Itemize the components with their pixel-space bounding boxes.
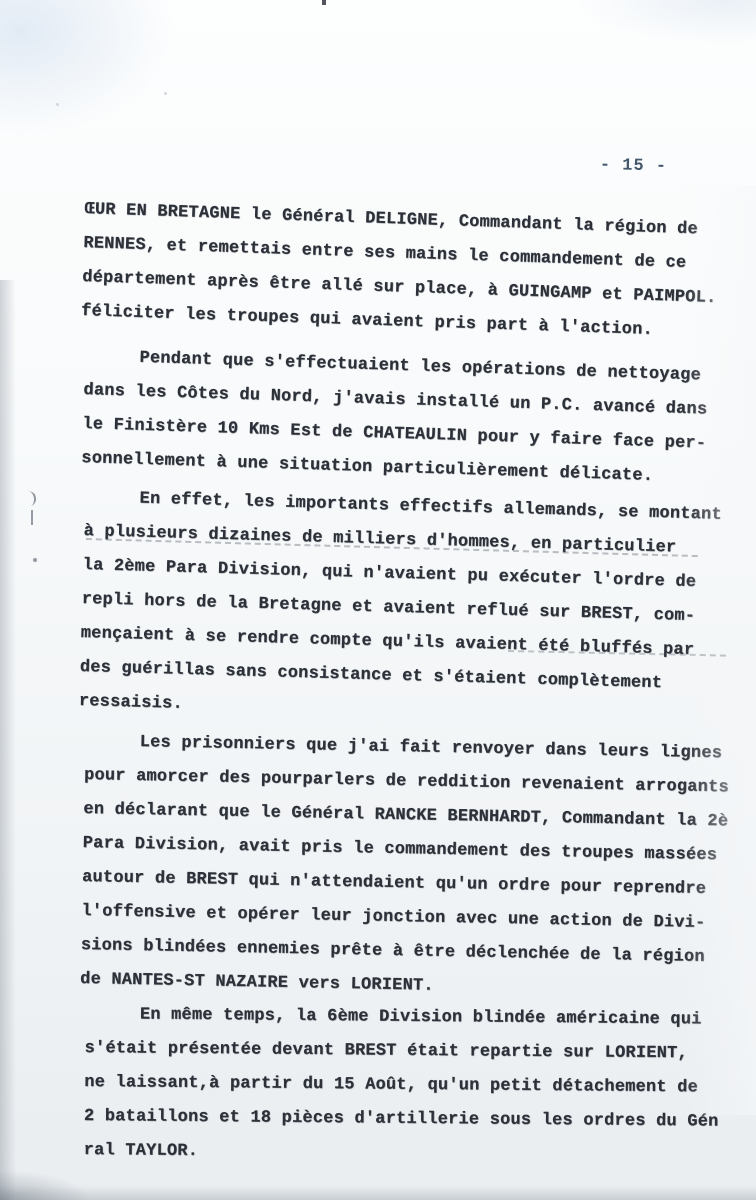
scan-speck [56, 103, 59, 106]
scan-speck [322, 0, 326, 5]
text-line: s'était présentée devant BREST était rep… [84, 1032, 744, 1072]
paragraph: Pendant que s'effectuaient les opération… [81, 340, 745, 497]
paragraph: En effet, les importants effectifs allem… [78, 481, 744, 737]
text-line: ral TAYLOR. [84, 1134, 744, 1174]
pencil-mark-curve [24, 490, 37, 506]
text-line: En même temps, la 6ème Division blindée … [85, 998, 745, 1038]
pencil-mark-dot [33, 558, 37, 562]
scan-shadow-left-edge [0, 280, 16, 1200]
scan-shadow-bottom-edge [0, 1186, 756, 1200]
scanned-document-page: - 15 - ŒUR EN BRETAGNE le Général DELIGN… [0, 0, 756, 1200]
paragraph: En même temps, la 6ème Division blindée … [84, 998, 745, 1174]
text-line: 2 bataillons et 18 pièces d'artillerie s… [84, 1100, 744, 1140]
scan-speck [164, 92, 167, 95]
pencil-mark-tick [31, 510, 33, 525]
scan-shading-top-right [456, 0, 756, 120]
page-number: - 15 - [600, 156, 668, 176]
paragraph: Les prisonniers que j'ai fait renvoyer d… [80, 725, 745, 1010]
paragraph: ŒUR EN BRETAGNE le Général DELIGNE, Comm… [80, 193, 744, 351]
text-line: ne laissant,à partir du 15 Août, qu'un p… [84, 1066, 744, 1106]
